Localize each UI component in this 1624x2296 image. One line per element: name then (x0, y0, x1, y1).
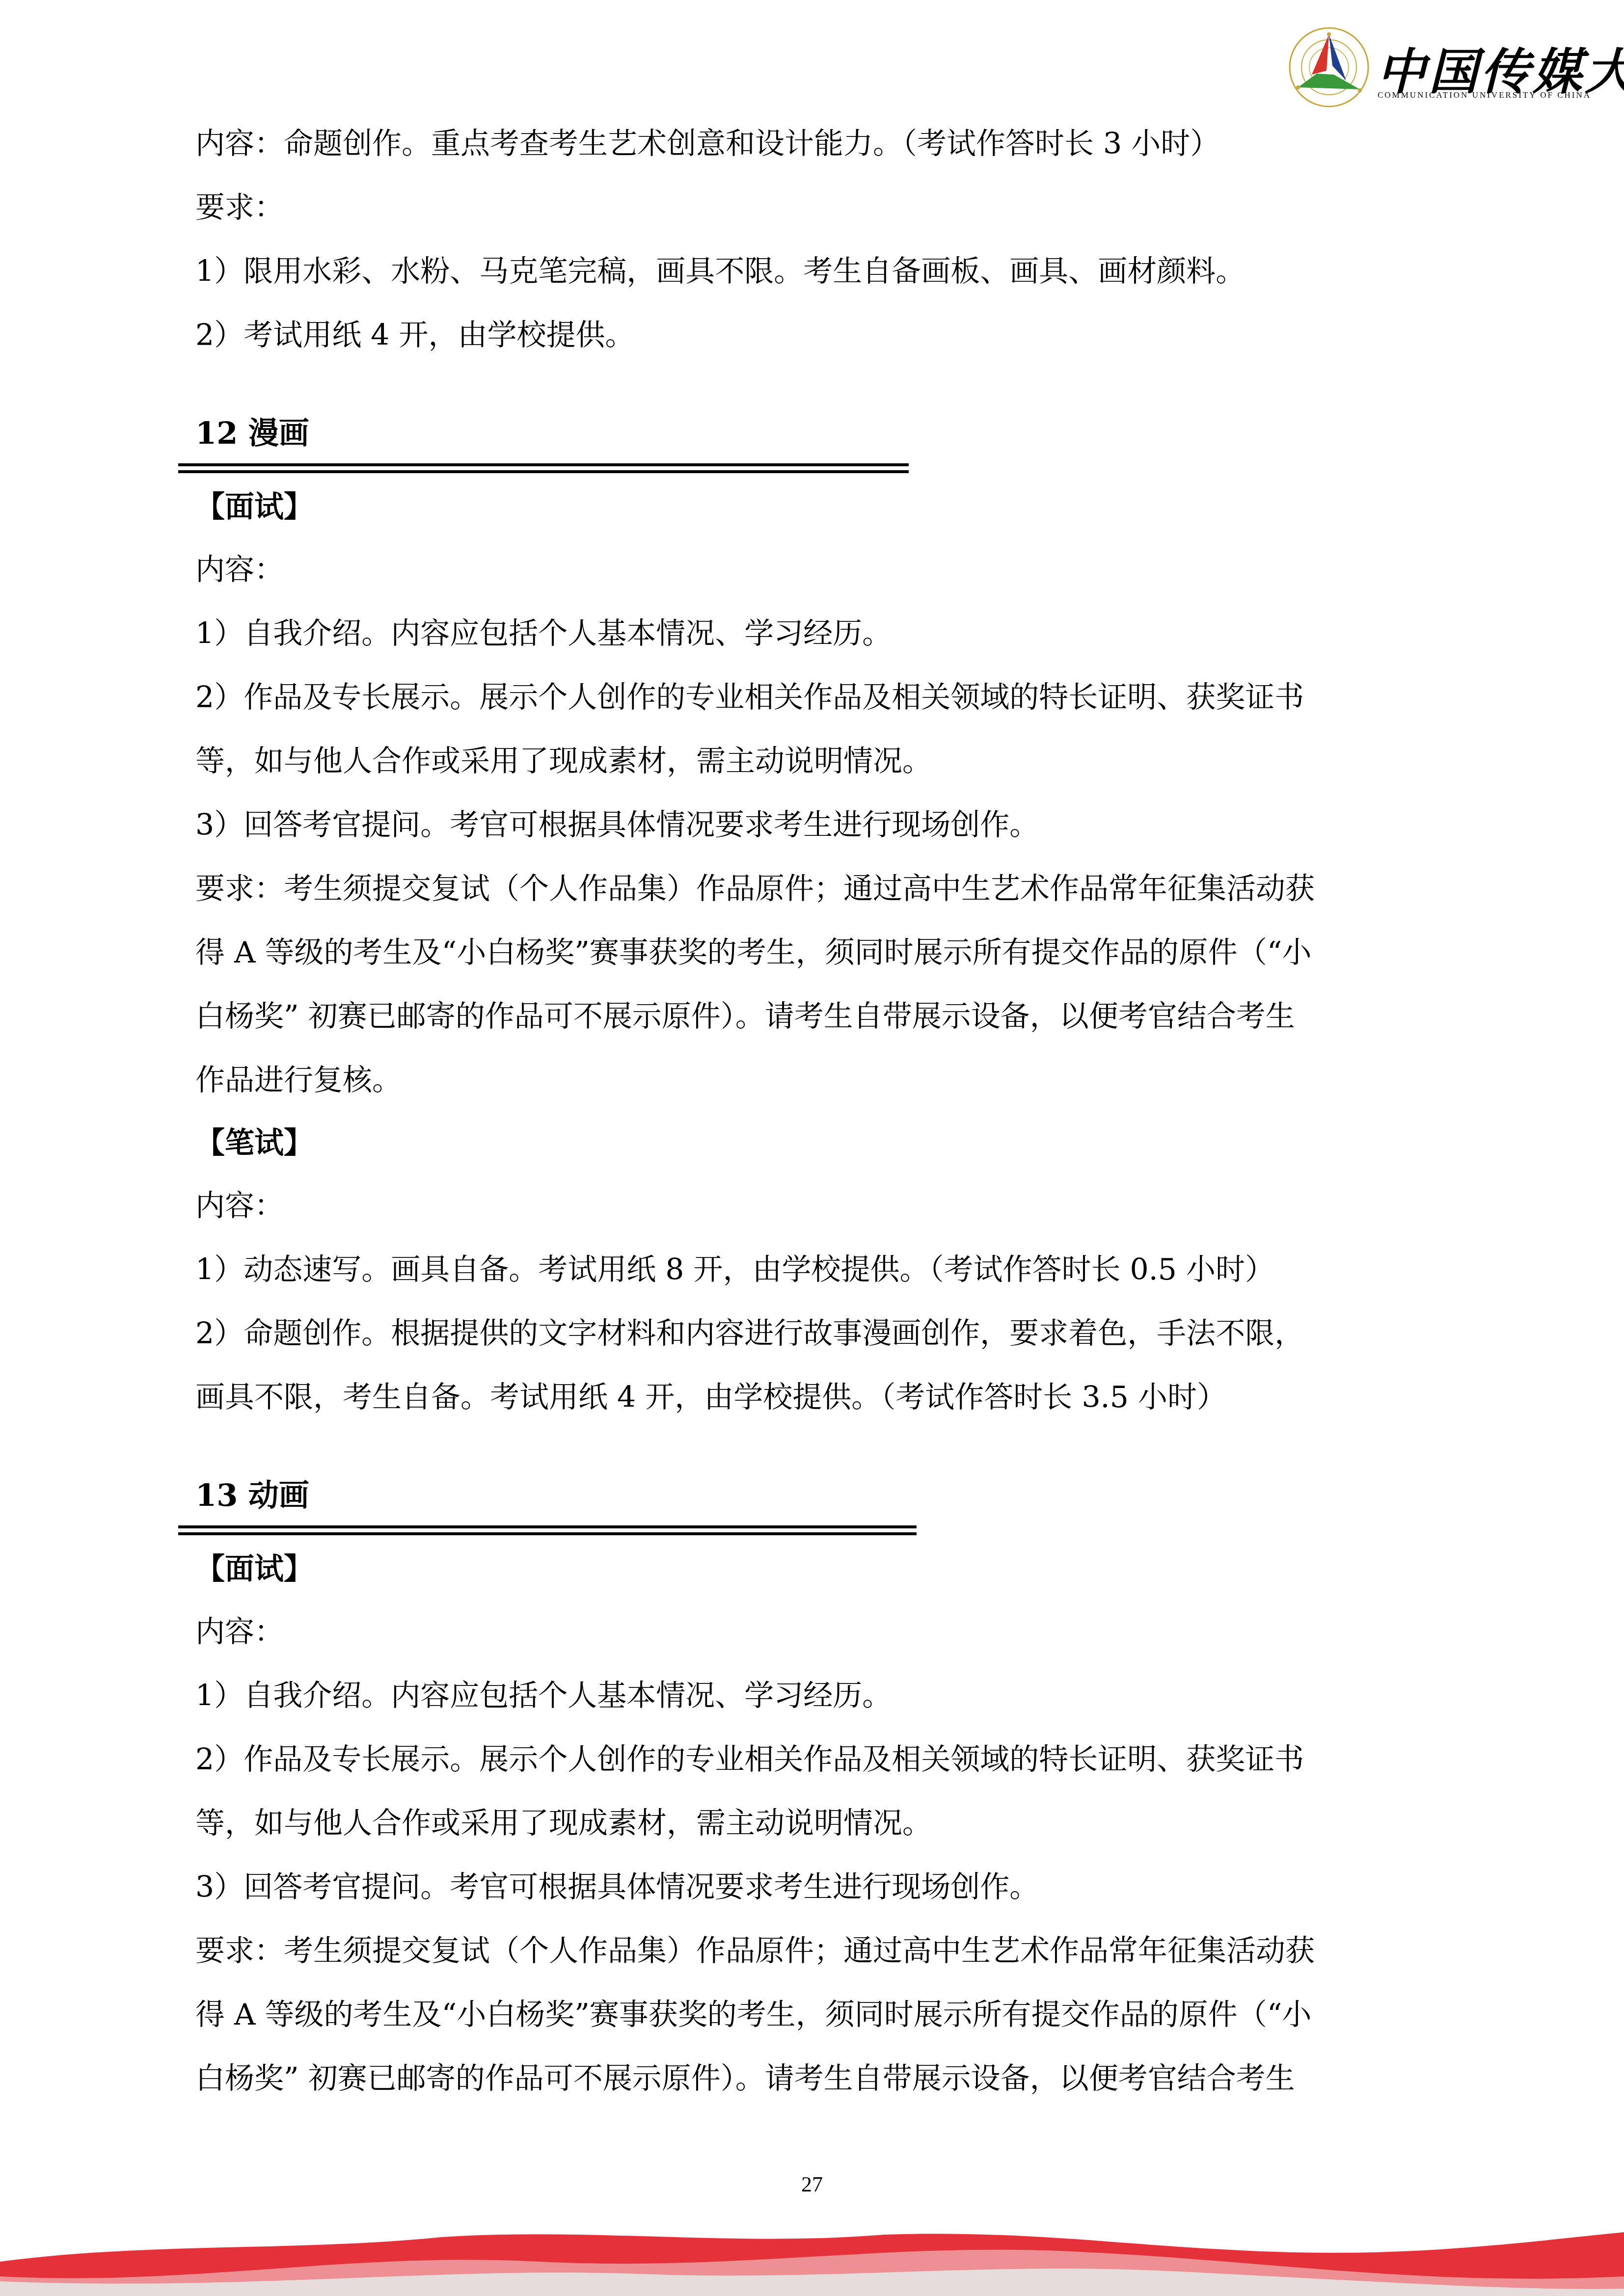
paragraph-line: 3）回答考官提问。考官可根据具体情况要求考生进行现场创作。 (195, 793, 1437, 857)
paragraph-line: 内容： (195, 538, 1437, 602)
paragraph-line: 等，如与他人合作或采用了现成素材，需主动说明情况。 (195, 1791, 1437, 1855)
interview-label: 【面试】 (195, 1538, 1437, 1600)
logo-english-name: COMMUNICATION UNIVERSITY OF CHINA (1378, 90, 1591, 100)
paragraph-line: 要求：考生须提交复试（个人作品集）作品原件；通过高中生艺术作品常年征集活动获 (195, 1919, 1437, 1983)
double-rule-divider (178, 1525, 917, 1535)
paragraph-line: 内容： (195, 1174, 1437, 1238)
paragraph-line: 白杨奖” 初赛已邮寄的作品可不展示原件）。请考生自带展示设备，以便考官结合考生 (195, 985, 1437, 1048)
paragraph-line: 画具不限，考生自备。考试用纸 4 开，由学校提供。（考试作答时长 3.5 小时） (195, 1365, 1437, 1429)
paragraph-line: 内容：命题创作。重点考查考生艺术创意和设计能力。（考试作答时长 3 小时） (195, 112, 1437, 176)
paragraph-line: 1）动态速写。画具自备。考试用纸 8 开，由学校提供。（考试作答时长 0.5 小… (195, 1238, 1437, 1302)
decorative-wave-footer (0, 2232, 1624, 2296)
paragraph-line: 2）命题创作。根据提供的文字材料和内容进行故事漫画创作，要求着色，手法不限， (195, 1302, 1437, 1365)
paragraph-line: 作品进行复核。 (195, 1048, 1437, 1112)
university-seal-icon (1287, 26, 1371, 109)
document-body: 内容：命题创作。重点考查考生艺术创意和设计能力。（考试作答时长 3 小时） 要求… (195, 112, 1437, 2110)
paragraph-line: 等，如与他人合作或采用了现成素材，需主动说明情况。 (195, 729, 1437, 793)
written-exam-label: 【笔试】 (195, 1112, 1437, 1174)
intro-block: 内容：命题创作。重点考查考生艺术创意和设计能力。（考试作答时长 3 小时） 要求… (195, 112, 1437, 367)
paragraph-line: 2）作品及专长展示。展示个人创作的专业相关作品及相关领域的特长证明、获奖证书 (195, 666, 1437, 729)
paragraph-line: 2）考试用纸 4 开，由学校提供。 (195, 303, 1437, 367)
double-rule-divider (178, 463, 909, 473)
paragraph-line: 1）自我介绍。内容应包括个人基本情况、学习经历。 (195, 1664, 1437, 1728)
paragraph-line: 得 A 等级的考生及“小白杨奖”赛事获奖的考生，须同时展示所有提交作品的原件（“… (195, 1983, 1437, 2047)
section-13-animation: 13 动画 【面试】 内容： 1）自我介绍。内容应包括个人基本情况、学习经历。 … (195, 1473, 1437, 2110)
section-12-comics: 12 漫画 【面试】 内容： 1）自我介绍。内容应包括个人基本情况、学习经历。 … (195, 411, 1437, 1429)
paragraph-line: 得 A 等级的考生及“小白杨奖”赛事获奖的考生，须同时展示所有提交作品的原件（“… (195, 921, 1437, 985)
paragraph-line: 内容： (195, 1600, 1437, 1664)
paragraph-line: 3）回答考官提问。考官可根据具体情况要求考生进行现场创作。 (195, 1855, 1437, 1919)
paragraph-line: 1）自我介绍。内容应包括个人基本情况、学习经历。 (195, 602, 1437, 666)
interview-label: 【面试】 (195, 476, 1437, 538)
paragraph-line: 白杨奖” 初赛已邮寄的作品可不展示原件）。请考生自带展示设备，以便考官结合考生 (195, 2047, 1437, 2110)
section-title: 12 漫画 (195, 411, 1437, 460)
paragraph-line: 要求：考生须提交复试（个人作品集）作品原件；通过高中生艺术作品常年征集活动获 (195, 857, 1437, 921)
paragraph-line: 要求： (195, 176, 1437, 240)
section-title: 13 动画 (195, 1473, 1437, 1522)
page-number: 27 (0, 2172, 1624, 2197)
paragraph-line: 2）作品及专长展示。展示个人创作的专业相关作品及相关领域的特长证明、获奖证书 (195, 1728, 1437, 1791)
university-logo: 中国传媒大学 COMMUNICATION UNIVERSITY OF CHINA (1287, 24, 1592, 117)
paragraph-line: 1）限用水彩、水粉、马克笔完稿，画具不限。考生自备画板、画具、画材颜料。 (195, 240, 1437, 303)
